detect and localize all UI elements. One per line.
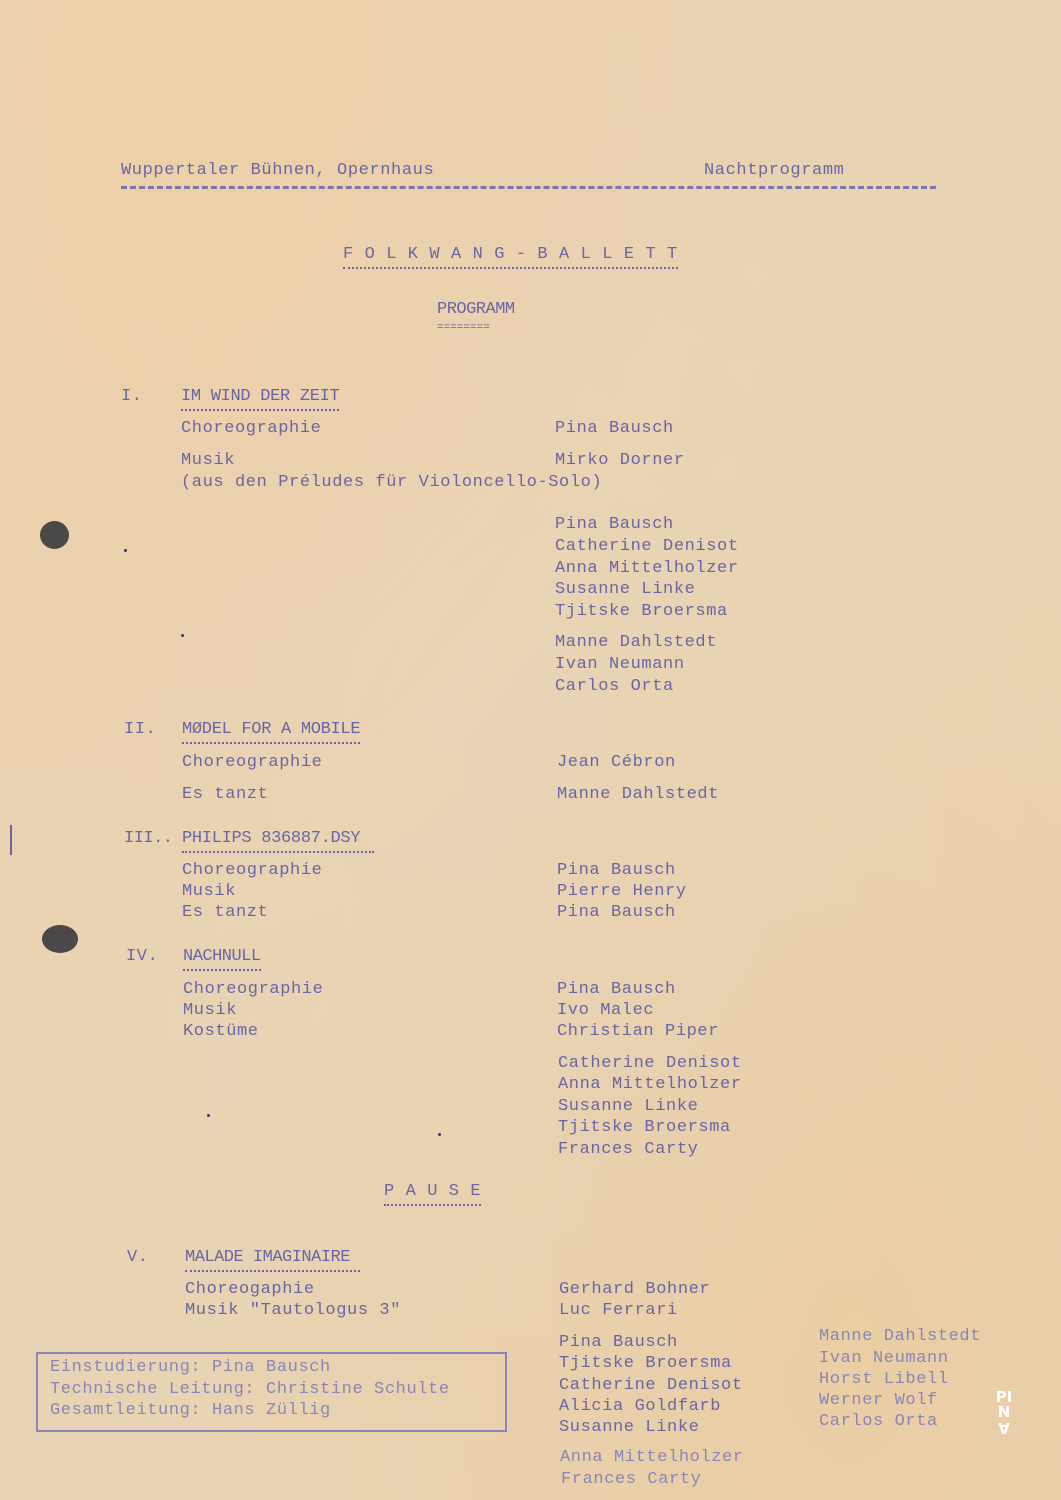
dancer: Carlos Orta <box>819 1411 938 1433</box>
credit-name: Pina Bausch <box>555 418 674 440</box>
staff-credit: Gesamtleitung: Hans Züllig <box>50 1400 505 1422</box>
credit-role: Musik "Tautologus 3" <box>185 1300 401 1322</box>
section-title: MØDEL FOR A MOBILE <box>182 719 360 744</box>
dancer: Ivan Neumann <box>555 654 685 676</box>
section-numeral: III.. <box>124 828 173 850</box>
staff-credit: Technische Leitung: Christine Schulte <box>50 1379 505 1401</box>
credit-name: Pina Bausch <box>557 979 676 1001</box>
credit-name: Christian Piper <box>557 1021 719 1043</box>
credit-name: Pina Bausch <box>557 902 676 924</box>
section-title: MALADE IMAGINAIRE <box>185 1247 360 1272</box>
header-divider <box>121 186 936 189</box>
dancer: Frances Carty <box>561 1469 701 1491</box>
credit-name: Pina Bausch <box>557 860 676 882</box>
dancer: Susanne Linke <box>555 579 695 601</box>
section-numeral: IV. <box>126 946 158 968</box>
dancer: Catherine Denisot <box>555 536 739 558</box>
section-numeral: I. <box>121 386 143 408</box>
dancer: Tjitske Broersma <box>555 601 728 623</box>
section-title: IM WIND DER ZEIT <box>181 386 339 411</box>
credit-role: Musik <box>183 1000 237 1022</box>
dancer: Anna Mittelholzer <box>558 1074 742 1096</box>
logo-text-mid: N <box>994 1405 1014 1420</box>
header-venue: Wuppertaler Bühnen, Opernhaus <box>121 160 434 182</box>
credit-name: Jean Cébron <box>557 752 676 774</box>
dancer: Manne Dahlstedt <box>555 632 717 654</box>
dancer: Anna Mittelholzer <box>560 1447 744 1469</box>
credit-role: Choreographie <box>183 979 323 1001</box>
dancer: Susanne Linke <box>558 1096 698 1118</box>
section-title: PHILIPS 836887.DSY <box>182 828 374 853</box>
credit-name: Manne Dahlstedt <box>557 784 719 806</box>
credit-role: Musik <box>182 881 236 903</box>
dancer: Anna Mittelholzer <box>555 558 739 580</box>
credit-role: Choreographie <box>182 860 322 882</box>
page-title: F O L K W A N G - B A L L E T T <box>343 244 678 269</box>
speck <box>207 1114 210 1117</box>
dancer: Pina Bausch <box>555 514 674 536</box>
dancer: Catherine Denisot <box>558 1053 742 1075</box>
dancer: Alicia Goldfarb <box>559 1396 721 1418</box>
header-program-type: Nachtprogramm <box>704 160 844 182</box>
dancer: Werner Wolf <box>819 1390 938 1412</box>
staff-credits-box: Einstudierung: Pina Bausch Technische Le… <box>36 1352 507 1432</box>
section-title: NACHNULL <box>183 946 261 971</box>
dancer: Frances Carty <box>558 1139 698 1161</box>
credit-role: Es tanzt <box>182 784 268 806</box>
margin-mark <box>10 825 12 855</box>
credit-role: Es tanzt <box>182 902 268 924</box>
credit-name: Pierre Henry <box>557 881 687 903</box>
punch-hole-bottom <box>42 925 78 953</box>
logo-text-bottom: A <box>994 1420 1014 1435</box>
dancer: Susanne Linke <box>559 1417 699 1439</box>
credit-name: Ivo Malec <box>557 1000 654 1022</box>
credit-name: Mirko Dorner <box>555 450 685 472</box>
credit-role: Kostüme <box>183 1021 259 1043</box>
dancer: Manne Dahlstedt <box>819 1326 981 1348</box>
pina-logo: PI N A <box>994 1390 1014 1435</box>
credit-name: Luc Ferrari <box>559 1300 678 1322</box>
program-heading-underline: ======== <box>437 318 490 340</box>
dancer: Ivan Neumann <box>819 1348 949 1370</box>
credit-role: Choreographie <box>181 418 321 440</box>
punch-hole-top <box>40 521 69 549</box>
dancer: Carlos Orta <box>555 676 674 698</box>
credit-role: Musik <box>181 450 235 472</box>
credit-name: Gerhard Bohner <box>559 1279 710 1301</box>
section-numeral: II. <box>124 719 156 741</box>
dancer: Catherine Denisot <box>559 1375 743 1397</box>
dancer: Pina Bausch <box>559 1332 678 1354</box>
intermission-label: P A U S E <box>384 1181 481 1206</box>
dancer: Horst Libell <box>819 1369 949 1391</box>
staff-credit: Einstudierung: Pina Bausch <box>50 1357 505 1379</box>
dancer: Tjitske Broersma <box>559 1353 732 1375</box>
section-numeral: V. <box>127 1247 149 1269</box>
music-note: (aus den Préludes für Violoncello-Solo) <box>181 472 602 494</box>
credit-role: Choreogaphie <box>185 1279 315 1301</box>
dancer: Tjitske Broersma <box>558 1117 731 1139</box>
credit-role: Choreographie <box>182 752 322 774</box>
speck <box>181 634 184 637</box>
speck <box>438 1133 441 1136</box>
speck <box>124 549 127 552</box>
